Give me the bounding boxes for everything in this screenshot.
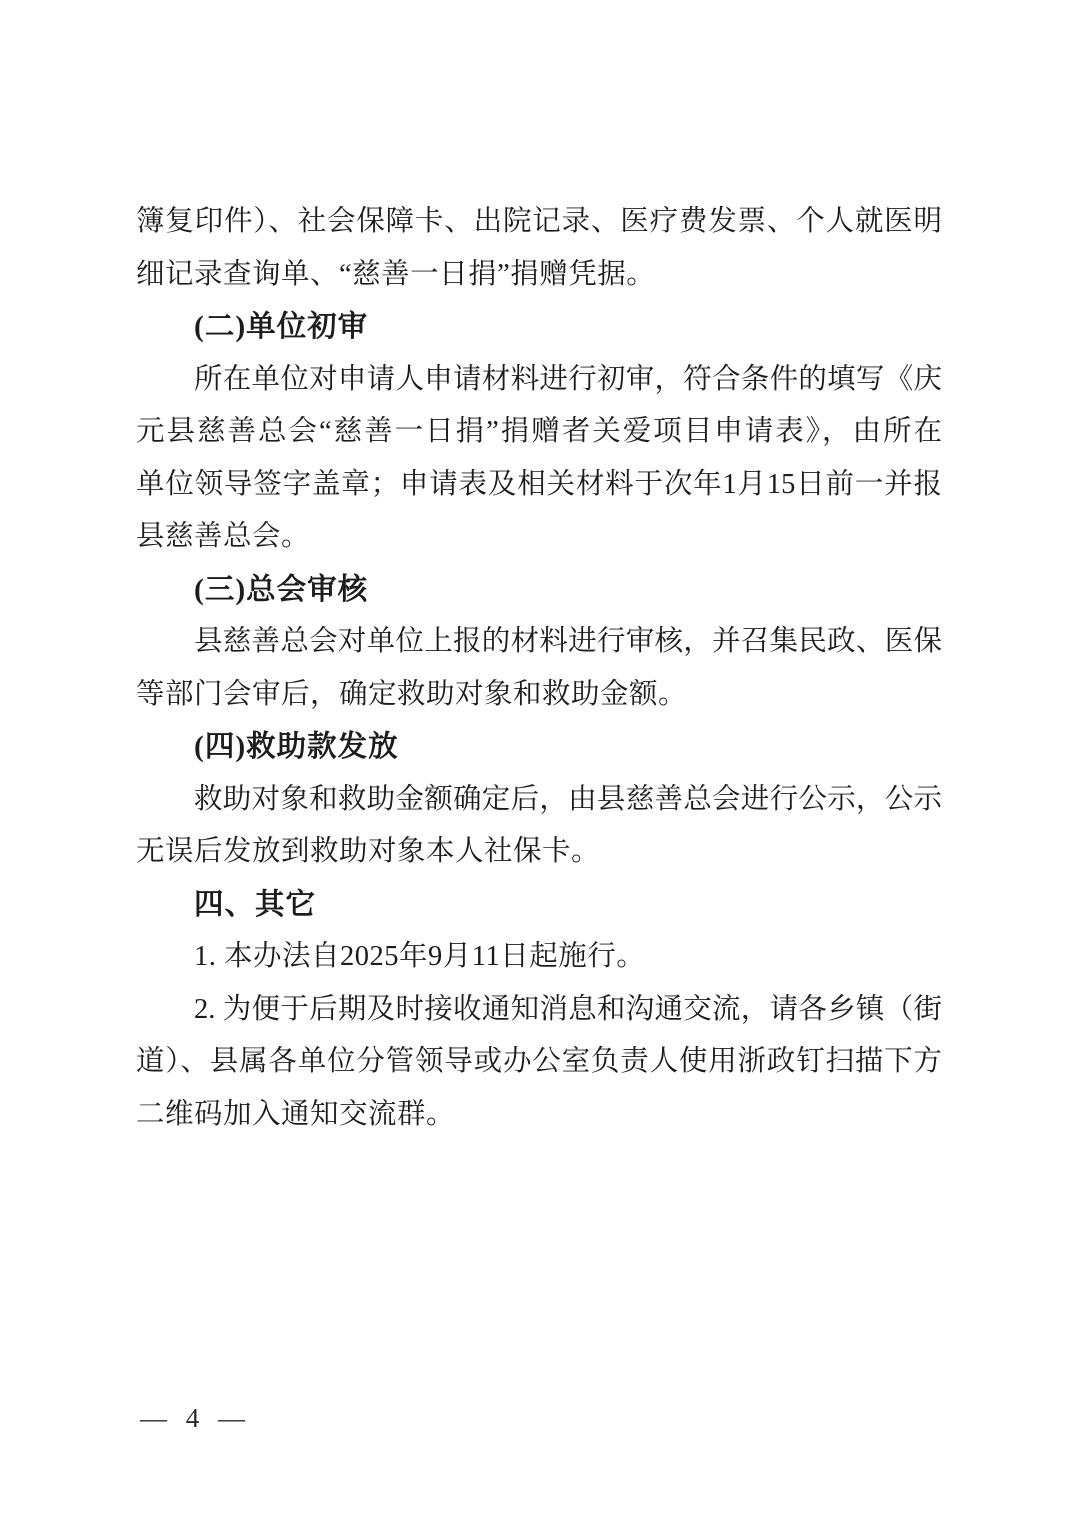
item-2-qr-notice-line-1: 2. 为便于后期及时接收通知消息和沟通交流，请各乡镇（街 bbox=[136, 984, 942, 1037]
heading-section-four-other: 四、其它 bbox=[136, 879, 942, 932]
document-page: 簿复印件）、社会保障卡、出院记录、医疗费发票、个人就医明 细记录查询单、“慈善一… bbox=[0, 0, 1080, 1527]
paragraph-unit-review-line-3: 单位领导签字盖章；申请表及相关材料于次年1月15日前一并报 bbox=[136, 459, 942, 512]
item-2-qr-notice-line-2: 道）、县属各单位分管领导或办公室负责人使用浙政钉扫描下方 bbox=[136, 1036, 942, 1089]
page-number: — 4 — bbox=[140, 1396, 251, 1440]
paragraph-unit-review-line-2: 元县慈善总会“慈善一日捐”捐赠者关爱项目申请表》，由所在 bbox=[136, 406, 942, 459]
paragraph-materials-line-1: 簿复印件）、社会保障卡、出院记录、医疗费发票、个人就医明 bbox=[136, 196, 942, 249]
paragraph-federation-review-line-1: 县慈善总会对单位上报的材料进行审核，并召集民政、医保 bbox=[136, 616, 942, 669]
item-1-effective-date: 1. 本办法自2025年9月11日起施行。 bbox=[136, 931, 942, 984]
paragraph-federation-review-line-2: 等部门会审后，确定救助对象和救助金额。 bbox=[136, 669, 942, 722]
paragraph-materials-line-2: 细记录查询单、“慈善一日捐”捐赠凭据。 bbox=[136, 249, 942, 302]
heading-unit-initial-review: (二)单位初审 bbox=[136, 301, 942, 354]
heading-relief-fund-disbursement: (四)救助款发放 bbox=[136, 721, 942, 774]
paragraph-unit-review-line-1: 所在单位对申请人申请材料进行初审，符合条件的填写《庆 bbox=[136, 354, 942, 407]
paragraph-disbursement-line-1: 救助对象和救助金额确定后，由县慈善总会进行公示，公示 bbox=[136, 774, 942, 827]
heading-federation-review: (三)总会审核 bbox=[136, 564, 942, 617]
paragraph-disbursement-line-2: 无误后发放到救助对象本人社保卡。 bbox=[136, 826, 942, 879]
item-2-qr-notice-line-3: 二维码加入通知交流群。 bbox=[136, 1089, 942, 1142]
document-body: 簿复印件）、社会保障卡、出院记录、医疗费发票、个人就医明 细记录查询单、“慈善一… bbox=[136, 196, 942, 1141]
paragraph-unit-review-line-4: 县慈善总会。 bbox=[136, 511, 942, 564]
